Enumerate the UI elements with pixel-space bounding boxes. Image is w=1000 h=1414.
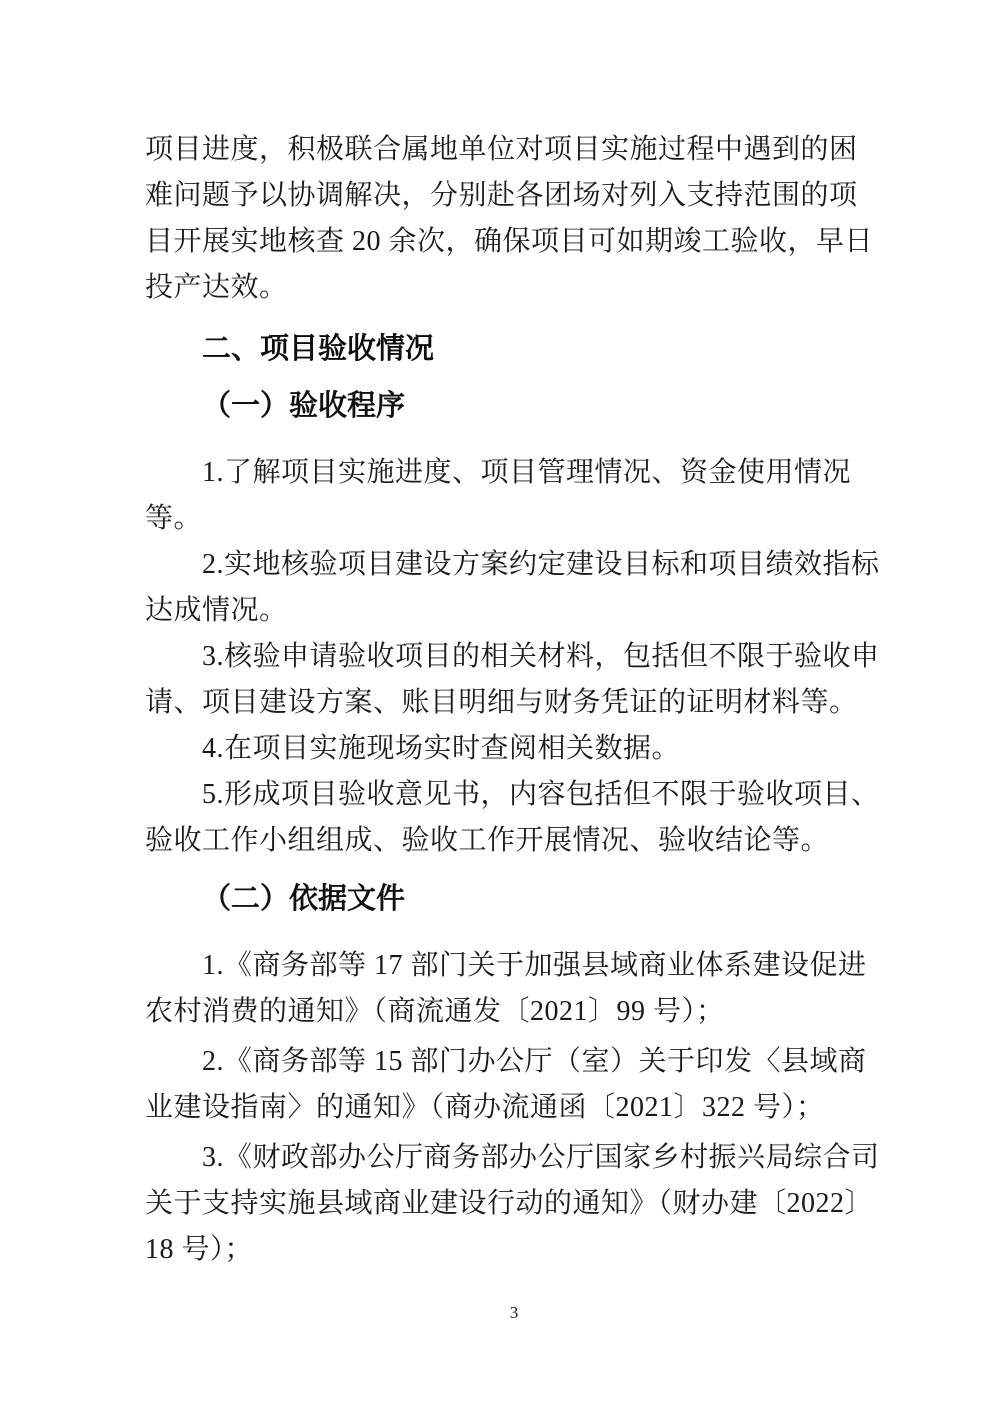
subsection-heading: （二）依据文件 [145, 876, 893, 922]
section-heading: 二、项目验收情况 [145, 325, 893, 371]
paragraph: 5.形成项目验收意见书，内容包括但不限于验收项目、 验收工作小组组成、验收工作开… [145, 772, 893, 864]
citation-paragraph: 2.《商务部等 15 部门办公厅（室）关于印发〈县域商 业建设指南〉的通知》（商… [145, 1039, 893, 1131]
paragraph: 3.核验申请验收项目的相关材料，包括但不限于验收申 请、项目建设方案、账目明细与… [145, 634, 893, 726]
paragraph: 项目进度，积极联合属地单位对项目实施过程中遇到的困 难问题予以协调解决，分别赴各… [145, 127, 893, 311]
paragraph: 2.实地核验项目建设方案约定建设目标和项目绩效指标 达成情况。 [145, 542, 893, 634]
document-body: 项目进度，积极联合属地单位对项目实施过程中遇到的困 难问题予以协调解决，分别赴各… [145, 127, 893, 1273]
citation-paragraph: 3.《财政部办公厅商务部办公厅国家乡村振兴局综合司 关于支持实施县域商业建设行动… [145, 1135, 893, 1273]
document-page: 项目进度，积极联合属地单位对项目实施过程中遇到的困 难问题予以协调解决，分别赴各… [0, 0, 1000, 1414]
paragraph: 4.在项目实施现场实时查阅相关数据。 [145, 726, 893, 772]
paragraph: 1.了解项目实施进度、项目管理情况、资金使用情况 等。 [145, 450, 893, 542]
subsection-heading: （一）验收程序 [145, 383, 893, 429]
citation-paragraph: 1.《商务部等 17 部门关于加强县域商业体系建设促进 农村消费的通知》（商流通… [145, 943, 893, 1035]
page-number: 3 [0, 1300, 1000, 1326]
